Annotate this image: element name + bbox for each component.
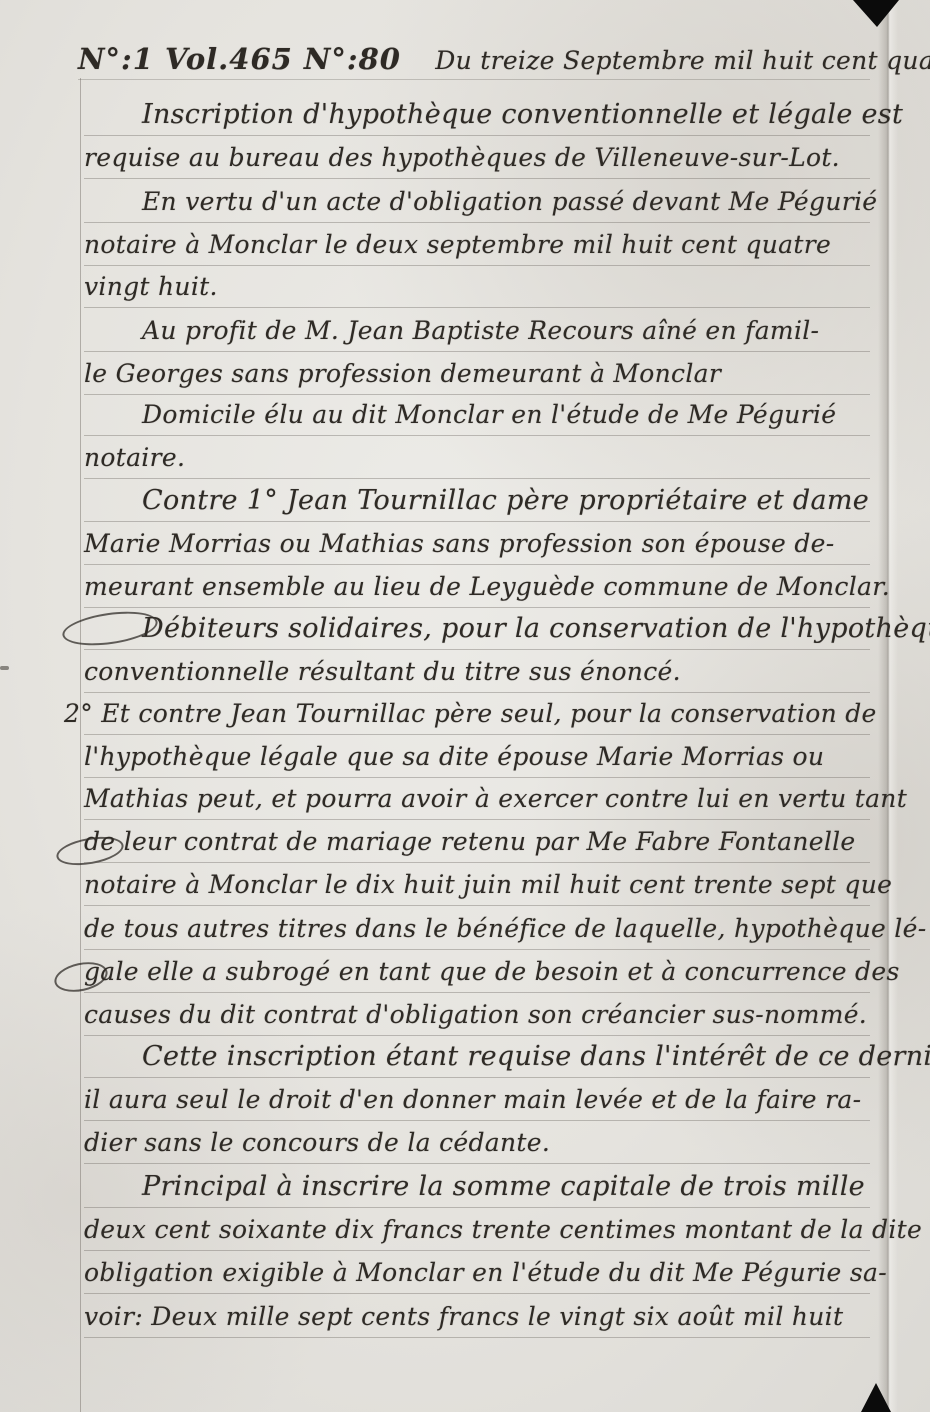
text-line: causes du dit contrat d'obligation son c… bbox=[84, 998, 870, 1036]
torn-corner-top-icon bbox=[853, 0, 899, 27]
text-line: En vertu d'un acte d'obligation passé de… bbox=[84, 185, 870, 223]
text-line: 2° Et contre Jean Tournillac père seul, … bbox=[84, 697, 870, 735]
text-line: notaire à Monclar le dix huit juin mil h… bbox=[84, 868, 870, 906]
text-line: conventionnelle résultant du titre sus é… bbox=[84, 655, 870, 693]
text-line: l'hypothèque légale que sa dite épouse M… bbox=[84, 740, 870, 778]
text-line: le Georges sans profession demeurant à M… bbox=[84, 357, 870, 395]
registration-numbers: N°:1 Vol.465 N°:80 bbox=[78, 42, 401, 76]
text-line: Domicile élu au dit Monclar en l'étude d… bbox=[84, 398, 870, 436]
scanned-document-page: N°:1 Vol.465 N°:80 Du treize Septembre m… bbox=[0, 0, 930, 1412]
text-line: Cette inscription étant requise dans l'i… bbox=[84, 1040, 870, 1078]
text-line: de tous autres titres dans le bénéfice d… bbox=[84, 912, 870, 950]
registration-header-line: N°:1 Vol.465 N°:80 Du treize Septembre m… bbox=[78, 42, 870, 80]
text-line: meurant ensemble au lieu de Leyguède com… bbox=[84, 570, 870, 608]
text-line: Marie Morrias ou Mathias sans profession… bbox=[84, 527, 870, 565]
text-line: il aura seul le droit d'en donner main l… bbox=[84, 1083, 870, 1121]
text-line: deux cent soixante dix francs trente cen… bbox=[84, 1213, 870, 1251]
text-line: Inscription d'hypothèque conventionnelle… bbox=[84, 98, 870, 136]
text-line: notaire. bbox=[84, 441, 870, 479]
text-line: obligation exigible à Monclar en l'étude… bbox=[84, 1256, 870, 1294]
text-line: Débiteurs solidaires, pour la conservati… bbox=[84, 612, 870, 650]
text-line: gale elle a subrogé en tant que de besoi… bbox=[84, 955, 870, 993]
text-line: Au profit de M. Jean Baptiste Recours aî… bbox=[84, 314, 870, 352]
text-line: de leur contrat de mariage retenu par Me… bbox=[84, 825, 870, 863]
fold-crease bbox=[878, 0, 898, 1412]
text-line: voir: Deux mille sept cents francs le vi… bbox=[84, 1300, 870, 1338]
text-line: vingt huit. bbox=[84, 270, 870, 308]
text-line: Mathias peut, et pourra avoir à exercer … bbox=[84, 782, 870, 820]
registration-date: Du treize Septembre mil huit cent quatre… bbox=[435, 46, 930, 75]
text-line: notaire à Monclar le deux septembre mil … bbox=[84, 228, 870, 266]
text-line: requise au bureau des hypothèques de Vil… bbox=[84, 141, 870, 179]
margin-rule-line bbox=[80, 78, 81, 1412]
text-line: Principal à inscrire la somme capitale d… bbox=[84, 1170, 870, 1208]
text-line: dier sans le concours de la cédante. bbox=[84, 1126, 870, 1164]
text-line: Contre 1° Jean Tournillac père propriéta… bbox=[84, 484, 870, 522]
torn-corner-bottom-icon bbox=[861, 1383, 891, 1412]
scan-edge-artifact bbox=[0, 666, 9, 670]
